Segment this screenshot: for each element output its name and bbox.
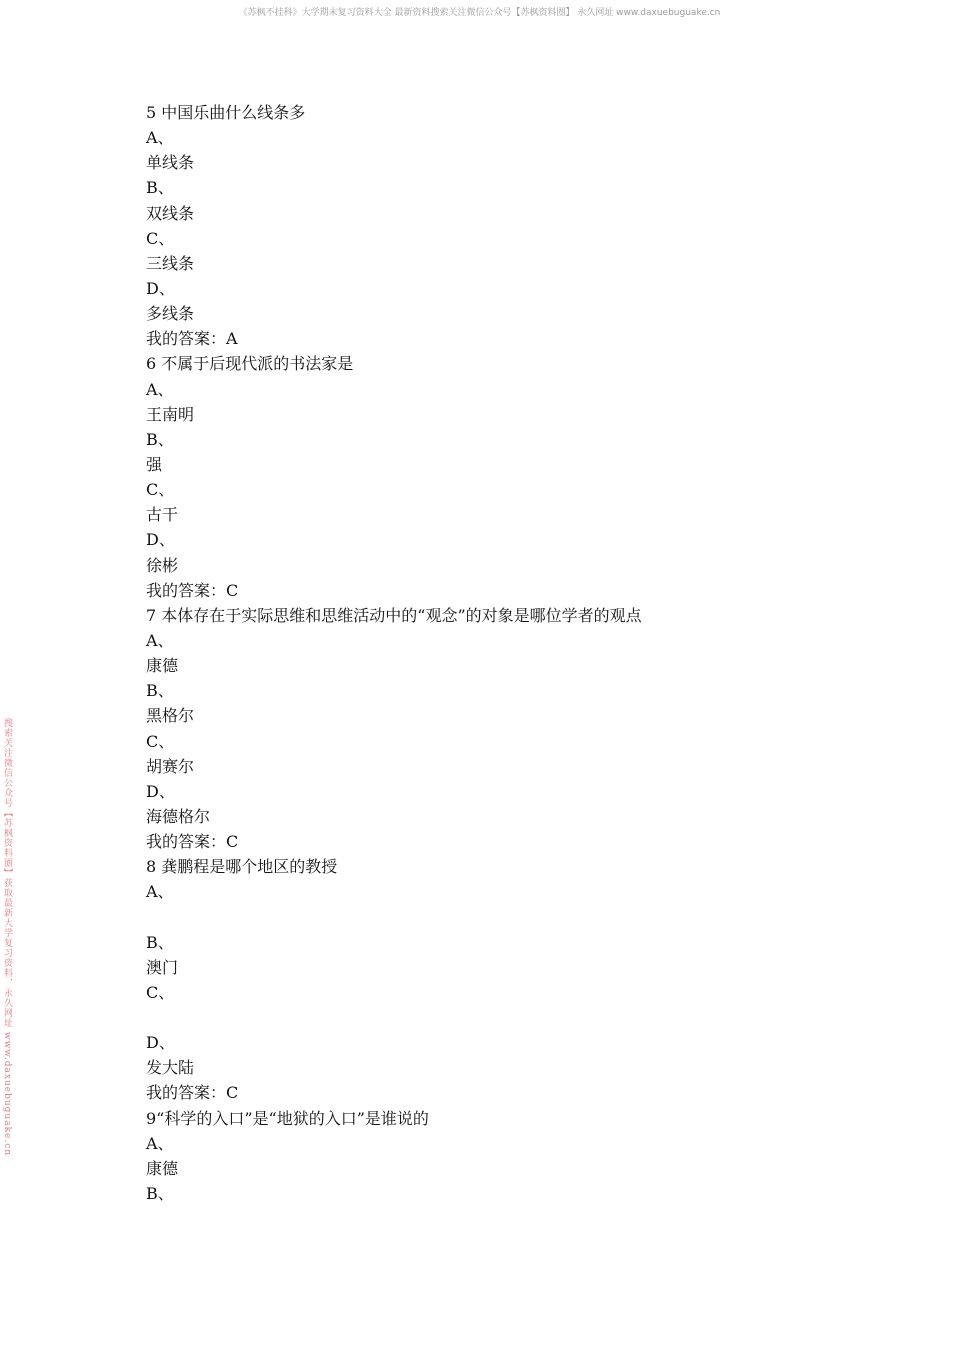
question-title: 5 中国乐曲什么线条多 xyxy=(146,100,846,125)
question-9: 9“科学的入口”是“地狱的入口”是谁说的 A、 康德 B、 xyxy=(146,1106,846,1207)
option-text: 康德 xyxy=(146,1156,846,1181)
option-label: A、 xyxy=(146,377,846,402)
answer-text: 我的答案：C xyxy=(146,829,846,854)
option-text: 海德格尔 xyxy=(146,804,846,829)
question-7: 7 本体存在于实际思维和思维活动中的“观念”的对象是哪位学者的观点 A、 康德 … xyxy=(146,603,846,854)
option-label: C、 xyxy=(146,477,846,502)
option-label: B、 xyxy=(146,678,846,703)
header-watermark: 《苏枫不挂科》大学期末复习资料大全 最新资料搜索关注微信公众号【苏枫资料圈】 永… xyxy=(0,5,959,18)
option-text: 黑格尔 xyxy=(146,703,846,728)
answer-text: 我的答案：C xyxy=(146,578,846,603)
option-text: 康德 xyxy=(146,653,846,678)
option-text: 强 xyxy=(146,452,846,477)
option-label: B、 xyxy=(146,427,846,452)
option-text: 多线条 xyxy=(146,301,846,326)
option-label: B、 xyxy=(146,1181,846,1206)
option-label: B、 xyxy=(146,175,846,200)
option-text: 徐彬 xyxy=(146,553,846,578)
option-label: D、 xyxy=(146,527,846,552)
question-8: 8 龚鹏程是哪个地区的教授 A、 B、 澳门 C、 D、 发大陆 我的答案：C xyxy=(146,854,846,1105)
option-text: 古干 xyxy=(146,502,846,527)
question-title: 9“科学的入口”是“地狱的入口”是谁说的 xyxy=(146,1106,846,1131)
question-title: 8 龚鹏程是哪个地区的教授 xyxy=(146,854,846,879)
option-text: 胡赛尔 xyxy=(146,754,846,779)
option-label: B、 xyxy=(146,930,846,955)
document-body: 5 中国乐曲什么线条多 A、 单线条 B、 双线条 C、 三线条 D、 多线条 … xyxy=(146,100,846,1206)
option-label: A、 xyxy=(146,879,846,904)
option-text: 三线条 xyxy=(146,251,846,276)
question-title: 7 本体存在于实际思维和思维活动中的“观念”的对象是哪位学者的观点 xyxy=(146,603,846,628)
answer-text: 我的答案：A xyxy=(146,326,846,351)
option-text xyxy=(146,905,846,930)
side-watermark: 搜索关注微信公众号【苏枫资料圈】获取最新大学复习资料，永久网址 www.daxu… xyxy=(2,718,14,1138)
option-text: 澳门 xyxy=(146,955,846,980)
option-label: A、 xyxy=(146,125,846,150)
option-label: C、 xyxy=(146,980,846,1005)
option-text: 双线条 xyxy=(146,201,846,226)
option-text: 单线条 xyxy=(146,150,846,175)
option-text: 发大陆 xyxy=(146,1055,846,1080)
question-5: 5 中国乐曲什么线条多 A、 单线条 B、 双线条 C、 三线条 D、 多线条 … xyxy=(146,100,846,351)
question-title: 6 不属于后现代派的书法家是 xyxy=(146,351,846,376)
option-label: C、 xyxy=(146,226,846,251)
answer-text: 我的答案：C xyxy=(146,1080,846,1105)
option-label: C、 xyxy=(146,729,846,754)
option-text: 王南明 xyxy=(146,402,846,427)
option-label: D、 xyxy=(146,779,846,804)
option-label: A、 xyxy=(146,628,846,653)
option-text xyxy=(146,1005,846,1030)
option-label: A、 xyxy=(146,1131,846,1156)
option-label: D、 xyxy=(146,1030,846,1055)
question-6: 6 不属于后现代派的书法家是 A、 王南明 B、 强 C、 古干 D、 徐彬 我… xyxy=(146,351,846,602)
option-label: D、 xyxy=(146,276,846,301)
